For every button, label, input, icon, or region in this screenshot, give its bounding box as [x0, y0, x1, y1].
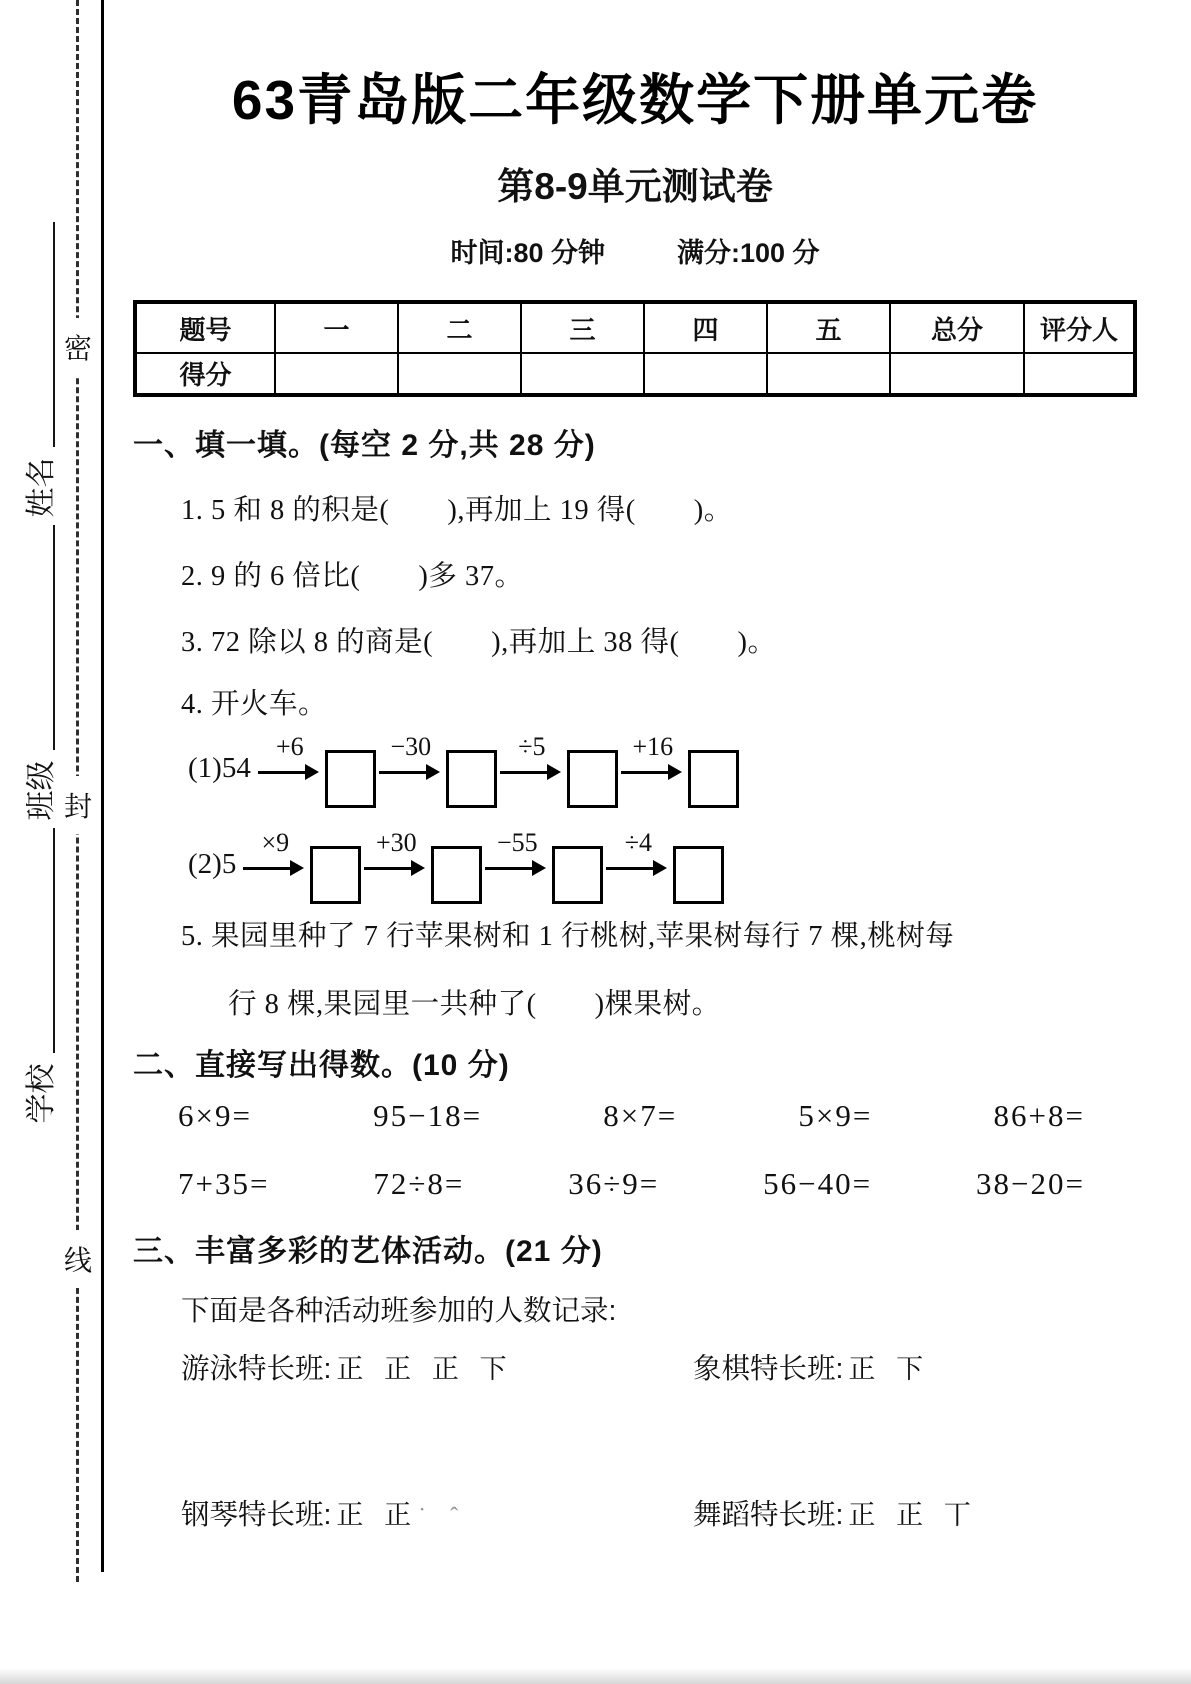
seal-char-xian: 线: [62, 1230, 94, 1288]
train-answer-box: [325, 750, 376, 808]
header-q3: 三: [521, 302, 644, 353]
train-op-label: +30: [363, 828, 429, 858]
calc-expression: 56−40=: [763, 1166, 872, 1202]
train-answer-box: [673, 846, 724, 904]
records-intro: 下面是各种活动班参加的人数记录:: [181, 1288, 616, 1329]
arrow-right-icon: −55: [484, 826, 550, 904]
fill-item-4: 4. 开火车。: [181, 681, 327, 722]
score-cell-empty: [644, 353, 767, 395]
train-answer-box: [688, 750, 739, 808]
exam-meta: 时间:80 分钟 满分:100 分: [133, 231, 1137, 270]
train-step: +16: [618, 730, 739, 808]
train-answer-box: [310, 846, 361, 904]
name-label: 姓名: [16, 458, 60, 518]
score-table-header-row: 题号 一 二 三 四 五 总分 评分人: [135, 302, 1135, 353]
seal-char-mi: 密: [62, 318, 94, 376]
record-swimming-label: 游泳特长班:: [181, 1353, 331, 1385]
train-answer-box: [552, 846, 603, 904]
train-step: ÷4: [603, 826, 724, 904]
student-info-fields: 学校 班级 姓名: [21, 169, 55, 1169]
score-cell-empty: [767, 353, 890, 395]
calc-expression: 36÷9=: [568, 1166, 659, 1202]
train-op-label: −30: [378, 732, 444, 762]
record-swimming: 游泳特长班:正 正 正 下: [181, 1346, 514, 1387]
seal-dashed-line: 密 封 线: [76, 0, 79, 1582]
train-1: (1)54 +6 −30 ÷5 +16: [188, 730, 739, 808]
fill-item-5-line2: 行 8 棵,果园里一共种了( )棵果树。: [228, 981, 721, 1022]
record-piano-tally-faint: ˙ ˆ: [418, 1504, 467, 1530]
score-cell-empty: [398, 353, 521, 395]
exam-paper-page: 密 封 线 学校 班级 姓名 63青岛版二年级数学下册单元卷 第8-9单元测试卷…: [0, 0, 1191, 1684]
arrow-right-icon: +16: [620, 730, 686, 808]
header-q4: 四: [644, 302, 767, 353]
header-total: 总分: [890, 302, 1024, 353]
main-content: 63青岛版二年级数学下册单元卷 第8-9单元测试卷 时间:80 分钟 满分:10…: [133, 0, 1137, 1684]
school-label: 学校: [16, 1064, 60, 1124]
record-dance-label: 舞蹈特长班:: [693, 1499, 843, 1531]
calc-expression: 8×7=: [603, 1098, 677, 1134]
calc-expression: 38−20=: [976, 1166, 1085, 1202]
train-1-start: (1)54: [188, 730, 251, 785]
record-chess-tally: 正 下: [843, 1354, 930, 1384]
header-q1: 一: [275, 302, 398, 353]
record-chess-label: 象棋特长班:: [693, 1353, 843, 1385]
calc-expression: 5×9=: [798, 1098, 872, 1134]
calc-expression: 7+35=: [178, 1166, 269, 1202]
record-piano-tally: 正 正: [331, 1500, 418, 1530]
time-limit: 时间:80 分钟: [450, 231, 605, 270]
train-op-label: −55: [484, 828, 550, 858]
train-step: +6: [255, 730, 376, 808]
seal-char-feng: 封: [62, 776, 94, 834]
train-step: ×9: [240, 826, 361, 904]
exam-subtitle: 第8-9单元测试卷: [133, 156, 1137, 210]
train-answer-box: [446, 750, 497, 808]
train-answer-box: [431, 846, 482, 904]
train-2-start: (2)5: [188, 826, 236, 881]
train-op-label: +6: [257, 732, 323, 762]
score-table-score-row: 得分: [135, 353, 1135, 395]
section1-heading: 一、填一填。(每空 2 分,共 28 分): [133, 420, 596, 464]
calc-expression: 86+8=: [994, 1098, 1085, 1134]
train-op-label: ÷4: [605, 828, 671, 858]
train-answer-box: [567, 750, 618, 808]
calc-expression: 6×9=: [178, 1098, 252, 1134]
calc-expression: 95−18=: [373, 1098, 482, 1134]
train-2: (2)5 ×9 +30 −55 ÷4: [188, 826, 724, 904]
train-step: +30: [361, 826, 482, 904]
calc-expression: 72÷8=: [373, 1166, 464, 1202]
record-swimming-tally: 正 正 正 下: [331, 1354, 513, 1384]
record-chess: 象棋特长班:正 下: [693, 1346, 930, 1387]
fill-item-1: 1. 5 和 8 的积是( ),再加上 19 得( )。: [181, 487, 733, 528]
full-score: 满分:100 分: [677, 231, 820, 270]
train-op-label: +16: [620, 732, 686, 762]
calc-row-1: 6×9= 95−18= 8×7= 5×9= 86+8=: [178, 1098, 1085, 1134]
header-grader: 评分人: [1024, 302, 1135, 353]
name-blank-line: [21, 223, 55, 448]
score-table: 题号 一 二 三 四 五 总分 评分人 得分: [133, 300, 1137, 397]
score-cell-empty: [1024, 353, 1135, 395]
exam-title: 63青岛版二年级数学下册单元卷: [133, 56, 1137, 135]
record-dance: 舞蹈特长班:正 正 丅: [693, 1492, 978, 1533]
score-cell-empty: [890, 353, 1024, 395]
fill-item-3: 3. 72 除以 8 的商是( ),再加上 38 得( )。: [181, 619, 776, 660]
scan-bottom-edge: [0, 1668, 1191, 1684]
section3-heading: 三、丰富多彩的艺体活动。(21 分): [133, 1226, 603, 1270]
train-step: −55: [482, 826, 603, 904]
header-q5: 五: [767, 302, 890, 353]
arrow-right-icon: ÷4: [605, 826, 671, 904]
train-step: ÷5: [497, 730, 618, 808]
calc-row-2: 7+35= 72÷8= 36÷9= 56−40= 38−20=: [178, 1166, 1085, 1202]
score-cell-empty: [275, 353, 398, 395]
arrow-right-icon: +30: [363, 826, 429, 904]
score-row-label: 得分: [135, 353, 275, 395]
arrow-right-icon: ×9: [242, 826, 308, 904]
train-op-label: ÷5: [499, 732, 565, 762]
section2-heading: 二、直接写出得数。(10 分): [133, 1040, 510, 1084]
score-cell-empty: [521, 353, 644, 395]
record-dance-tally: 正 正 丅: [843, 1500, 978, 1530]
class-label: 班级: [16, 761, 60, 821]
train-op-label: ×9: [242, 828, 308, 858]
arrow-right-icon: +6: [257, 730, 323, 808]
class-blank-line: [21, 526, 55, 751]
arrow-right-icon: −30: [378, 730, 444, 808]
record-piano: 钢琴特长班:正 正˙ ˆ: [181, 1492, 467, 1533]
school-blank-line: [21, 829, 55, 1054]
record-piano-label: 钢琴特长班:: [181, 1499, 331, 1531]
left-border-line: [101, 0, 104, 1572]
header-question-number: 题号: [135, 302, 275, 353]
header-q2: 二: [398, 302, 521, 353]
arrow-right-icon: ÷5: [499, 730, 565, 808]
fill-item-5-line1: 5. 果园里种了 7 行苹果树和 1 行桃树,苹果树每行 7 棵,桃树每: [181, 913, 954, 954]
train-step: −30: [376, 730, 497, 808]
fill-item-2: 2. 9 的 6 倍比( )多 37。: [181, 553, 523, 594]
